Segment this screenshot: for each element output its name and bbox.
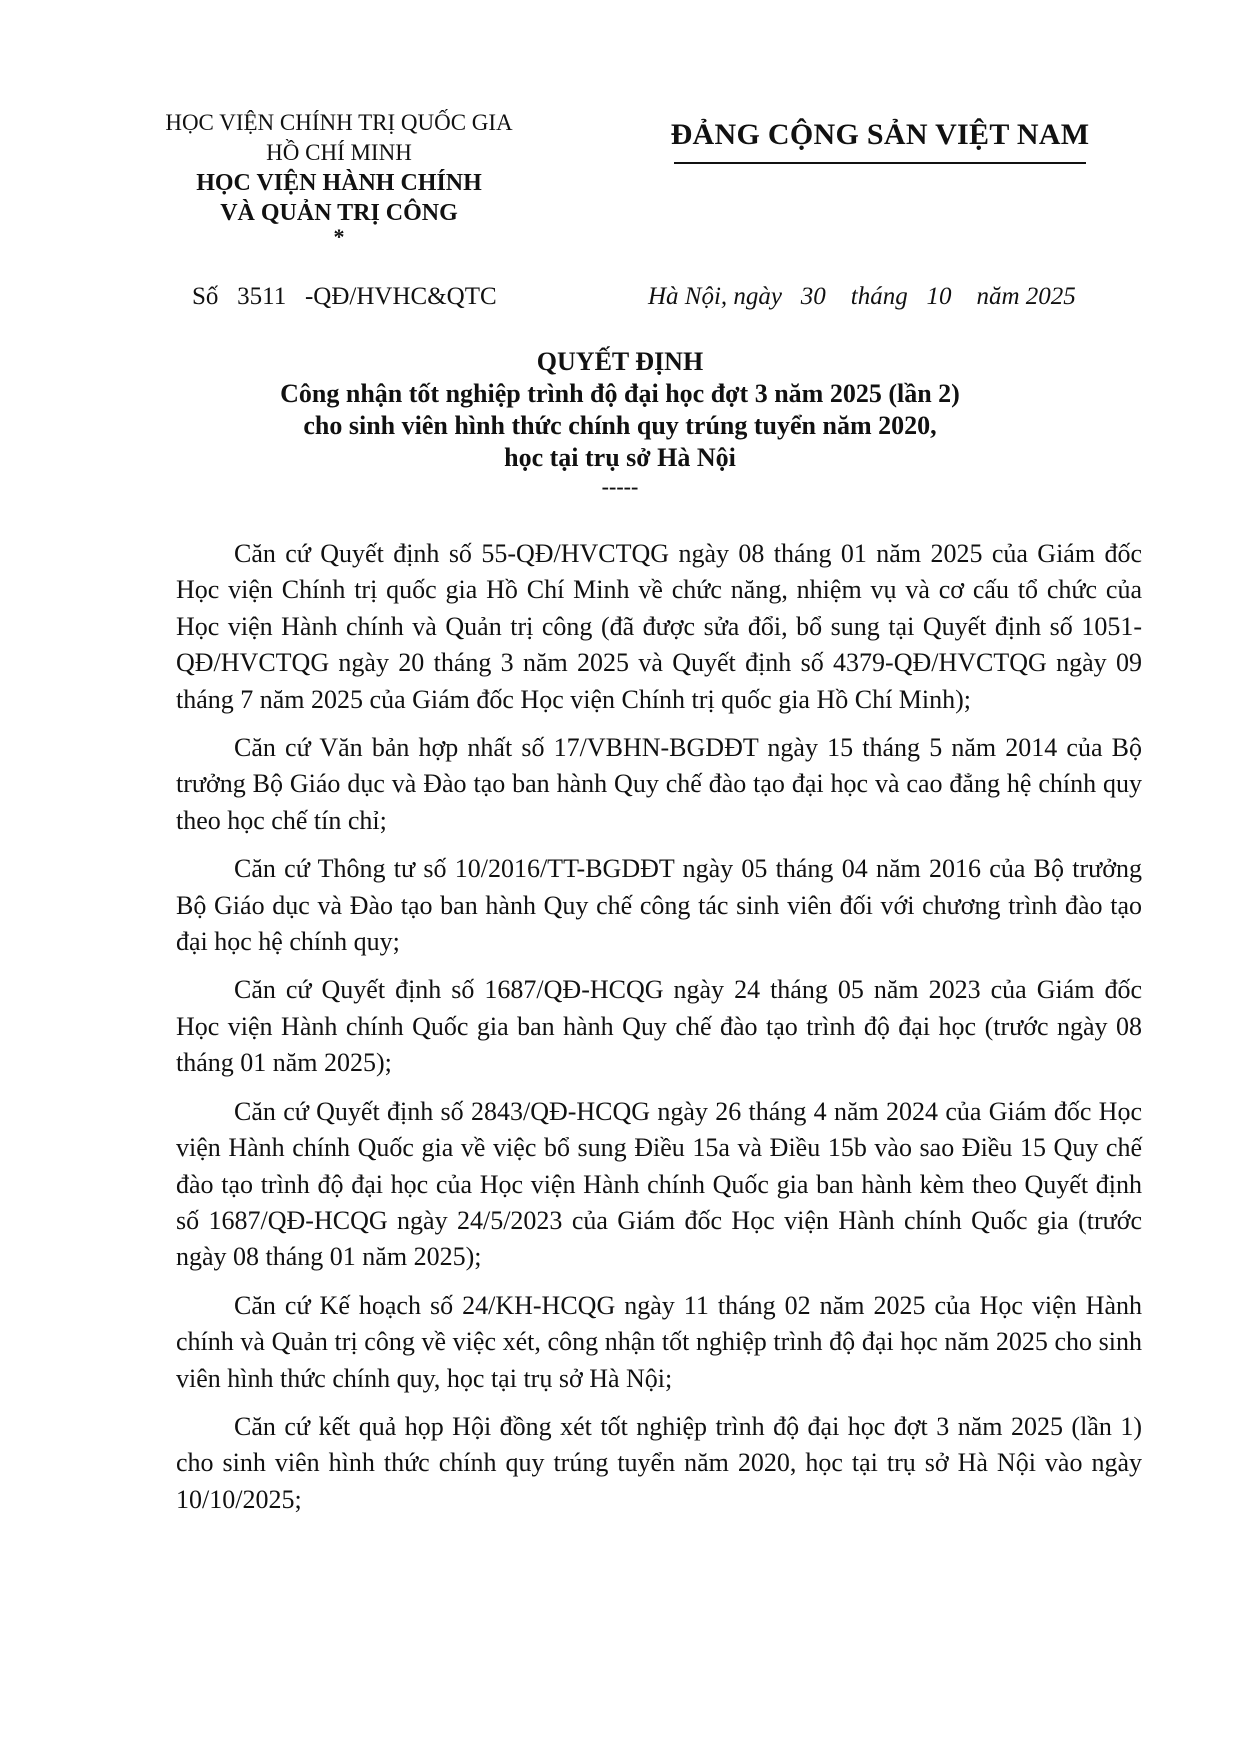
star-separator: * xyxy=(160,228,518,246)
legal-basis-paragraph: Căn cứ kết quả họp Hội đồng xét tốt nghi… xyxy=(176,1409,1142,1518)
legal-basis-paragraph: Căn cứ Kế hoạch số 24/KH-HCQG ngày 11 th… xyxy=(176,1288,1142,1397)
document-title-block: QUYẾT ĐỊNH Công nhận tốt nghiệp trình độ… xyxy=(160,346,1080,500)
document-title: QUYẾT ĐỊNH xyxy=(160,346,1080,378)
issuing-agency-header: HỌC VIỆN CHÍNH TRỊ QUỐC GIA HỒ CHÍ MINH … xyxy=(160,108,518,246)
legal-basis-section: Căn cứ Quyết định số 55-QĐ/HVCTQG ngày 0… xyxy=(176,536,1142,1530)
title-divider: ----- xyxy=(160,474,1080,500)
legal-basis-paragraph: Căn cứ Quyết định số 2843/QĐ-HCQG ngày 2… xyxy=(176,1094,1142,1276)
legal-basis-paragraph: Căn cứ Quyết định số 55-QĐ/HVCTQG ngày 0… xyxy=(176,536,1142,718)
parent-agency-line2: HỒ CHÍ MINH xyxy=(160,138,518,168)
document-subject-line2: cho sinh viên hình thức chính quy trúng … xyxy=(160,410,1080,442)
agency-name-line1: HỌC VIỆN HÀNH CHÍNH xyxy=(160,168,518,198)
document-subject-line3: học tại trụ sở Hà Nội xyxy=(160,442,1080,474)
parent-agency-line1: HỌC VIỆN CHÍNH TRỊ QUỐC GIA xyxy=(160,108,518,138)
legal-basis-paragraph: Căn cứ Thông tư số 10/2016/TT-BGDĐT ngày… xyxy=(176,851,1142,960)
legal-basis-paragraph: Căn cứ Quyết định số 1687/QĐ-HCQG ngày 2… xyxy=(176,972,1142,1081)
place-date-line: Hà Nội, ngày 30 tháng 10 năm 2025 xyxy=(648,283,1076,311)
party-header: ĐẢNG CỘNG SẢN VIỆT NAM xyxy=(640,118,1120,164)
party-underline xyxy=(674,162,1086,164)
party-name: ĐẢNG CỘNG SẢN VIỆT NAM xyxy=(640,118,1120,152)
document-subject-line1: Công nhận tốt nghiệp trình độ đại học đợ… xyxy=(160,378,1080,410)
legal-basis-paragraph: Căn cứ Văn bản hợp nhất số 17/VBHN-BGDĐT… xyxy=(176,730,1142,839)
document-number: Số 3511 -QĐ/HVHC&QTC xyxy=(192,283,497,311)
